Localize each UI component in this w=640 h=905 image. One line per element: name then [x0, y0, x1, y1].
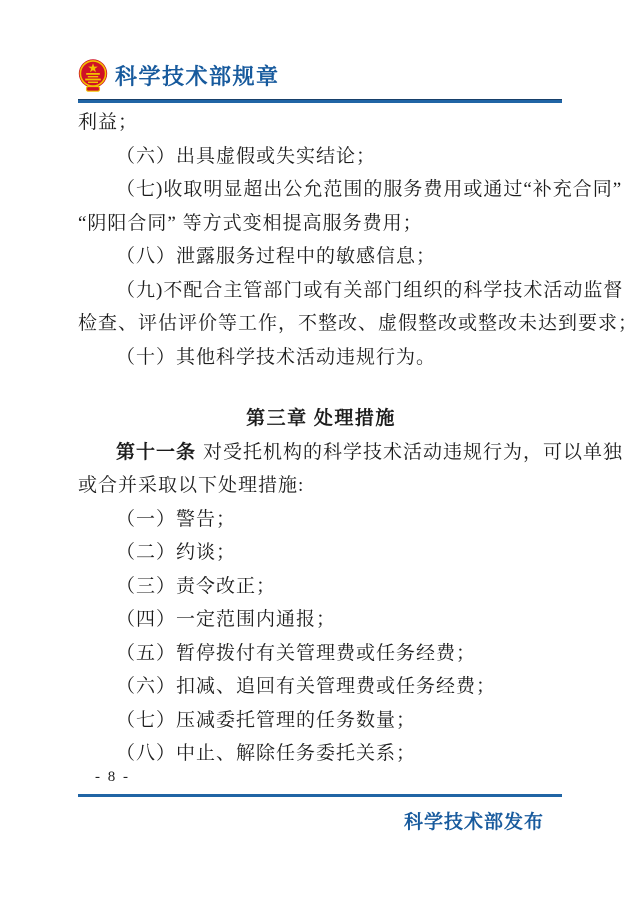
document-line: 或合并采取以下处理措施: [78, 469, 564, 503]
chapter-heading: 第三章 处理措施 [78, 402, 564, 436]
document-line: 利益； [78, 106, 564, 140]
footer-divider [78, 794, 562, 797]
document-body: 利益； （六）出具虚假或失实结论； （七)收取明显超出公允范围的服务费用或通过“… [78, 106, 564, 771]
document-line: “阴阳合同” 等方式变相提高服务费用； [78, 207, 564, 241]
document-line: （七)收取明显超出公允范围的服务费用或通过“补充合同” [78, 173, 564, 207]
document-line: （七）压减委托管理的任务数量； [78, 704, 564, 738]
article-line: 第十一条对受托机构的科学技术活动违规行为，可以单独 [78, 436, 564, 470]
document-line: （八）中止、解除任务委托关系； [78, 737, 564, 771]
article-number: 第十一条 [116, 442, 196, 463]
document-line: （二）约谈； [78, 536, 564, 570]
document-line: （一）警告； [78, 503, 564, 537]
document-line: （三）责令改正； [78, 570, 564, 604]
document-line: （九)不配合主管部门或有关部门组织的科学技术活动监督 [78, 274, 564, 308]
page-header: 科学技术部规章 [78, 58, 562, 93]
article-text: 对受托机构的科学技术活动违规行为，可以单独 [203, 442, 623, 463]
page-number: - 8 - [95, 769, 130, 786]
document-header-title: 科学技术部规章 [115, 60, 280, 91]
document-line: 检查、评估评价等工作，不整改、虚假整改或整改未达到要求； [78, 307, 564, 341]
document-line: （六）出具虚假或失实结论； [78, 140, 564, 174]
document-line: （八）泄露服务过程中的敏感信息； [78, 240, 564, 274]
china-national-emblem-icon [78, 58, 108, 93]
document-line: （十）其他科学技术活动违规行为。 [78, 341, 564, 375]
header-divider [78, 99, 562, 103]
document-page: 科学技术部规章 利益； （六）出具虚假或失实结论； （七)收取明显超出公允范围的… [0, 0, 640, 905]
document-line: （四）一定范围内通报； [78, 603, 564, 637]
document-line: （六）扣减、追回有关管理费或任务经费； [78, 670, 564, 704]
publisher-label: 科学技术部发布 [78, 807, 544, 834]
document-line: （五）暂停拨付有关管理费或任务经费； [78, 637, 564, 671]
